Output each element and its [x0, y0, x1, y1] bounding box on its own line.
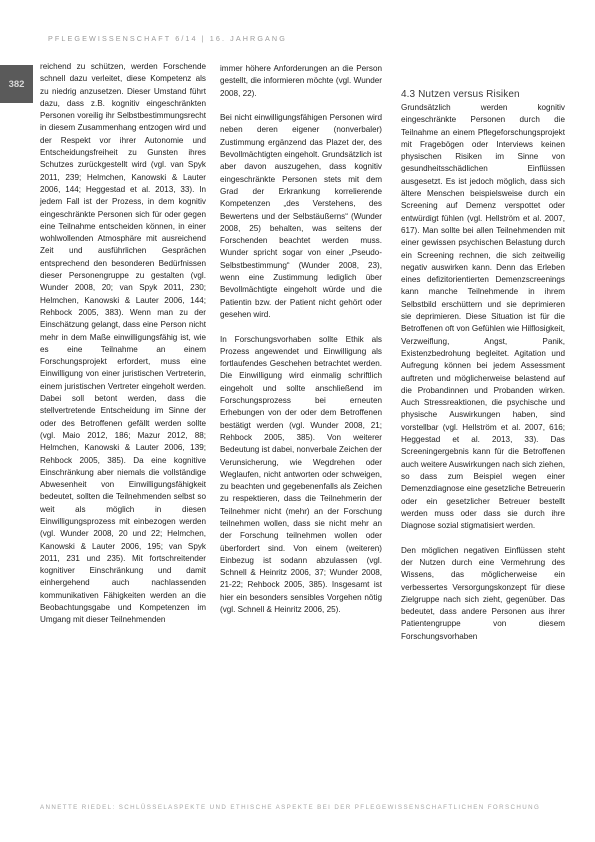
- section-heading: 4.3 Nutzen versus Risiken: [401, 88, 565, 101]
- page-number-badge: 382: [0, 65, 33, 103]
- column-left: reichend zu schützen, werden Forschende …: [40, 61, 206, 639]
- running-footer: ANNETTE RIEDEL: SCHLÜSSELASPEKTE UND ETH…: [40, 804, 540, 811]
- paragraph: Grundsätzlich werden kognitiv eingeschrä…: [401, 102, 565, 532]
- paragraph: immer höhere Anforderungen an die Person…: [220, 63, 382, 100]
- paragraph: Den möglichen negativen Einflüssen steht…: [401, 545, 565, 643]
- paragraph: In Forschungsvorhaben sollte Ethik als P…: [220, 334, 382, 617]
- column-right: 4.3 Nutzen versus Risiken Grundsätzlich …: [401, 88, 565, 655]
- column-middle: immer höhere Anforderungen an die Person…: [220, 63, 382, 629]
- paragraph: reichend zu schützen, werden Forschende …: [40, 61, 206, 627]
- running-head: PFLEGEWISSENSCHAFT 6/14 | 16. JAHRGANG: [48, 34, 287, 43]
- paragraph: Bei nicht einwilligungsfähigen Personen …: [220, 112, 382, 321]
